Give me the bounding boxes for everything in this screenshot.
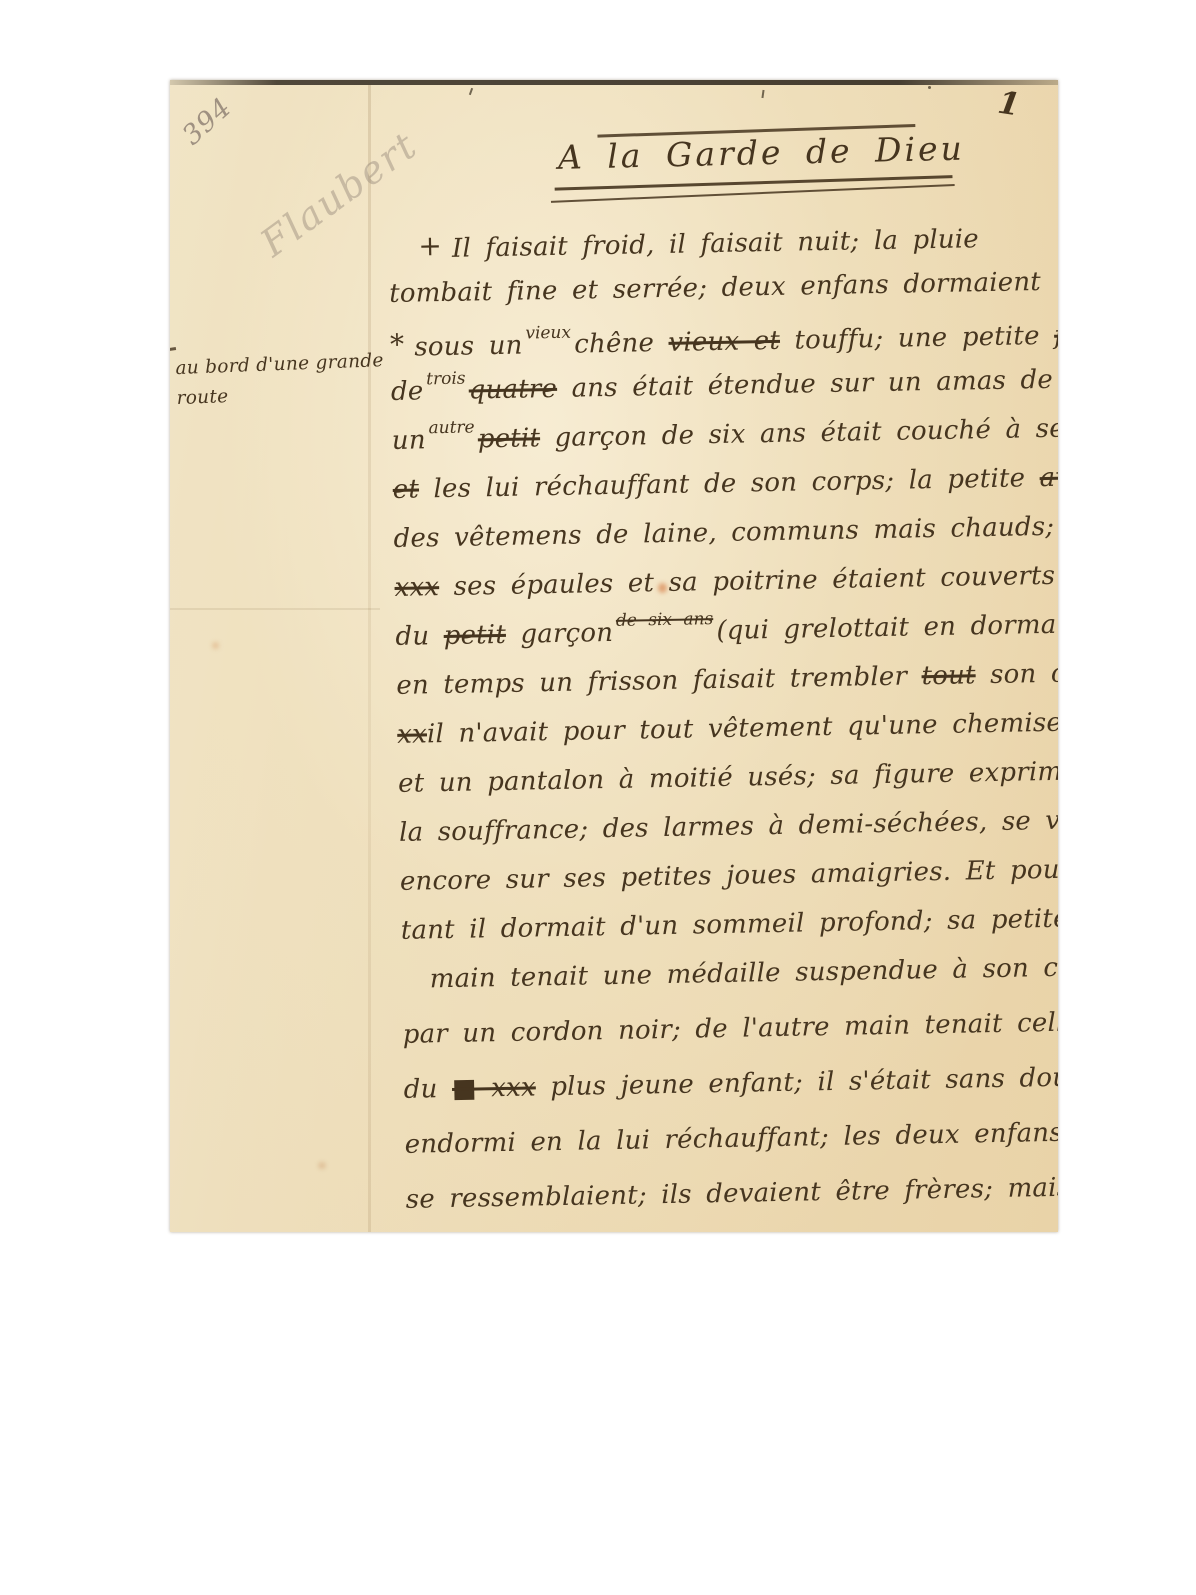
struck-text: ■ xxx — [452, 1072, 536, 1104]
text-segment: du — [403, 1074, 452, 1105]
text-segment: touffu; une petite — [780, 321, 1055, 356]
struck-text: tout — [921, 660, 976, 691]
inserted-text: trois — [426, 369, 466, 390]
struck-text: avait — [1039, 462, 1058, 493]
text-segment: Il faisait froid, il faisait nuit; la pl… — [452, 224, 979, 264]
foxing-spot — [212, 642, 219, 649]
struck-text: vieux et — [668, 326, 780, 358]
scan-edge-artifact — [170, 80, 1058, 85]
manuscript-page: 1 394 Flaubert A la Garde de Dieu au bor… — [170, 80, 1058, 1232]
vertical-crease — [368, 85, 371, 1232]
struck-text: petit — [443, 620, 506, 651]
inserted-text: de six ans — [616, 609, 714, 631]
scan-background: 1 394 Flaubert A la Garde de Dieu au bor… — [0, 0, 1196, 1595]
horizontal-crease — [170, 608, 380, 610]
page-title: A la Garde de Dieu — [557, 129, 965, 177]
margin-mark — [170, 347, 176, 352]
text-segment: chêne — [574, 328, 669, 360]
catalog-number: 394 — [177, 92, 238, 152]
text-segment: garçon — [506, 618, 614, 650]
inserted-text: vieux — [525, 323, 571, 344]
foxing-spot — [318, 1162, 326, 1169]
ink-speck — [928, 86, 931, 89]
text-segment: de — [391, 376, 424, 407]
struck-text: quatre — [468, 374, 557, 406]
revision-marker: + — [418, 229, 442, 262]
text-segment: son corps; — [975, 657, 1058, 690]
page-number: 1 — [995, 85, 1022, 124]
text-segment: sous un — [414, 331, 523, 363]
manuscript-body: +Il faisait froid, il faisait nuit; la p… — [388, 218, 1058, 1232]
ink-speck — [469, 88, 473, 95]
struck-text: petit — [478, 423, 541, 454]
text-segment: du — [395, 621, 444, 652]
struck-text: fille — [1054, 320, 1058, 351]
text-segment: un — [392, 425, 426, 456]
inserted-text: autre — [428, 417, 474, 438]
struck-text: xx — [397, 719, 427, 750]
struck-text: xxx — [394, 572, 439, 603]
revision-marker: * — [390, 328, 405, 361]
struck-text: et — [392, 474, 419, 504]
margin-note: au bord d'une grande route — [175, 346, 389, 414]
ink-speck — [761, 90, 764, 98]
